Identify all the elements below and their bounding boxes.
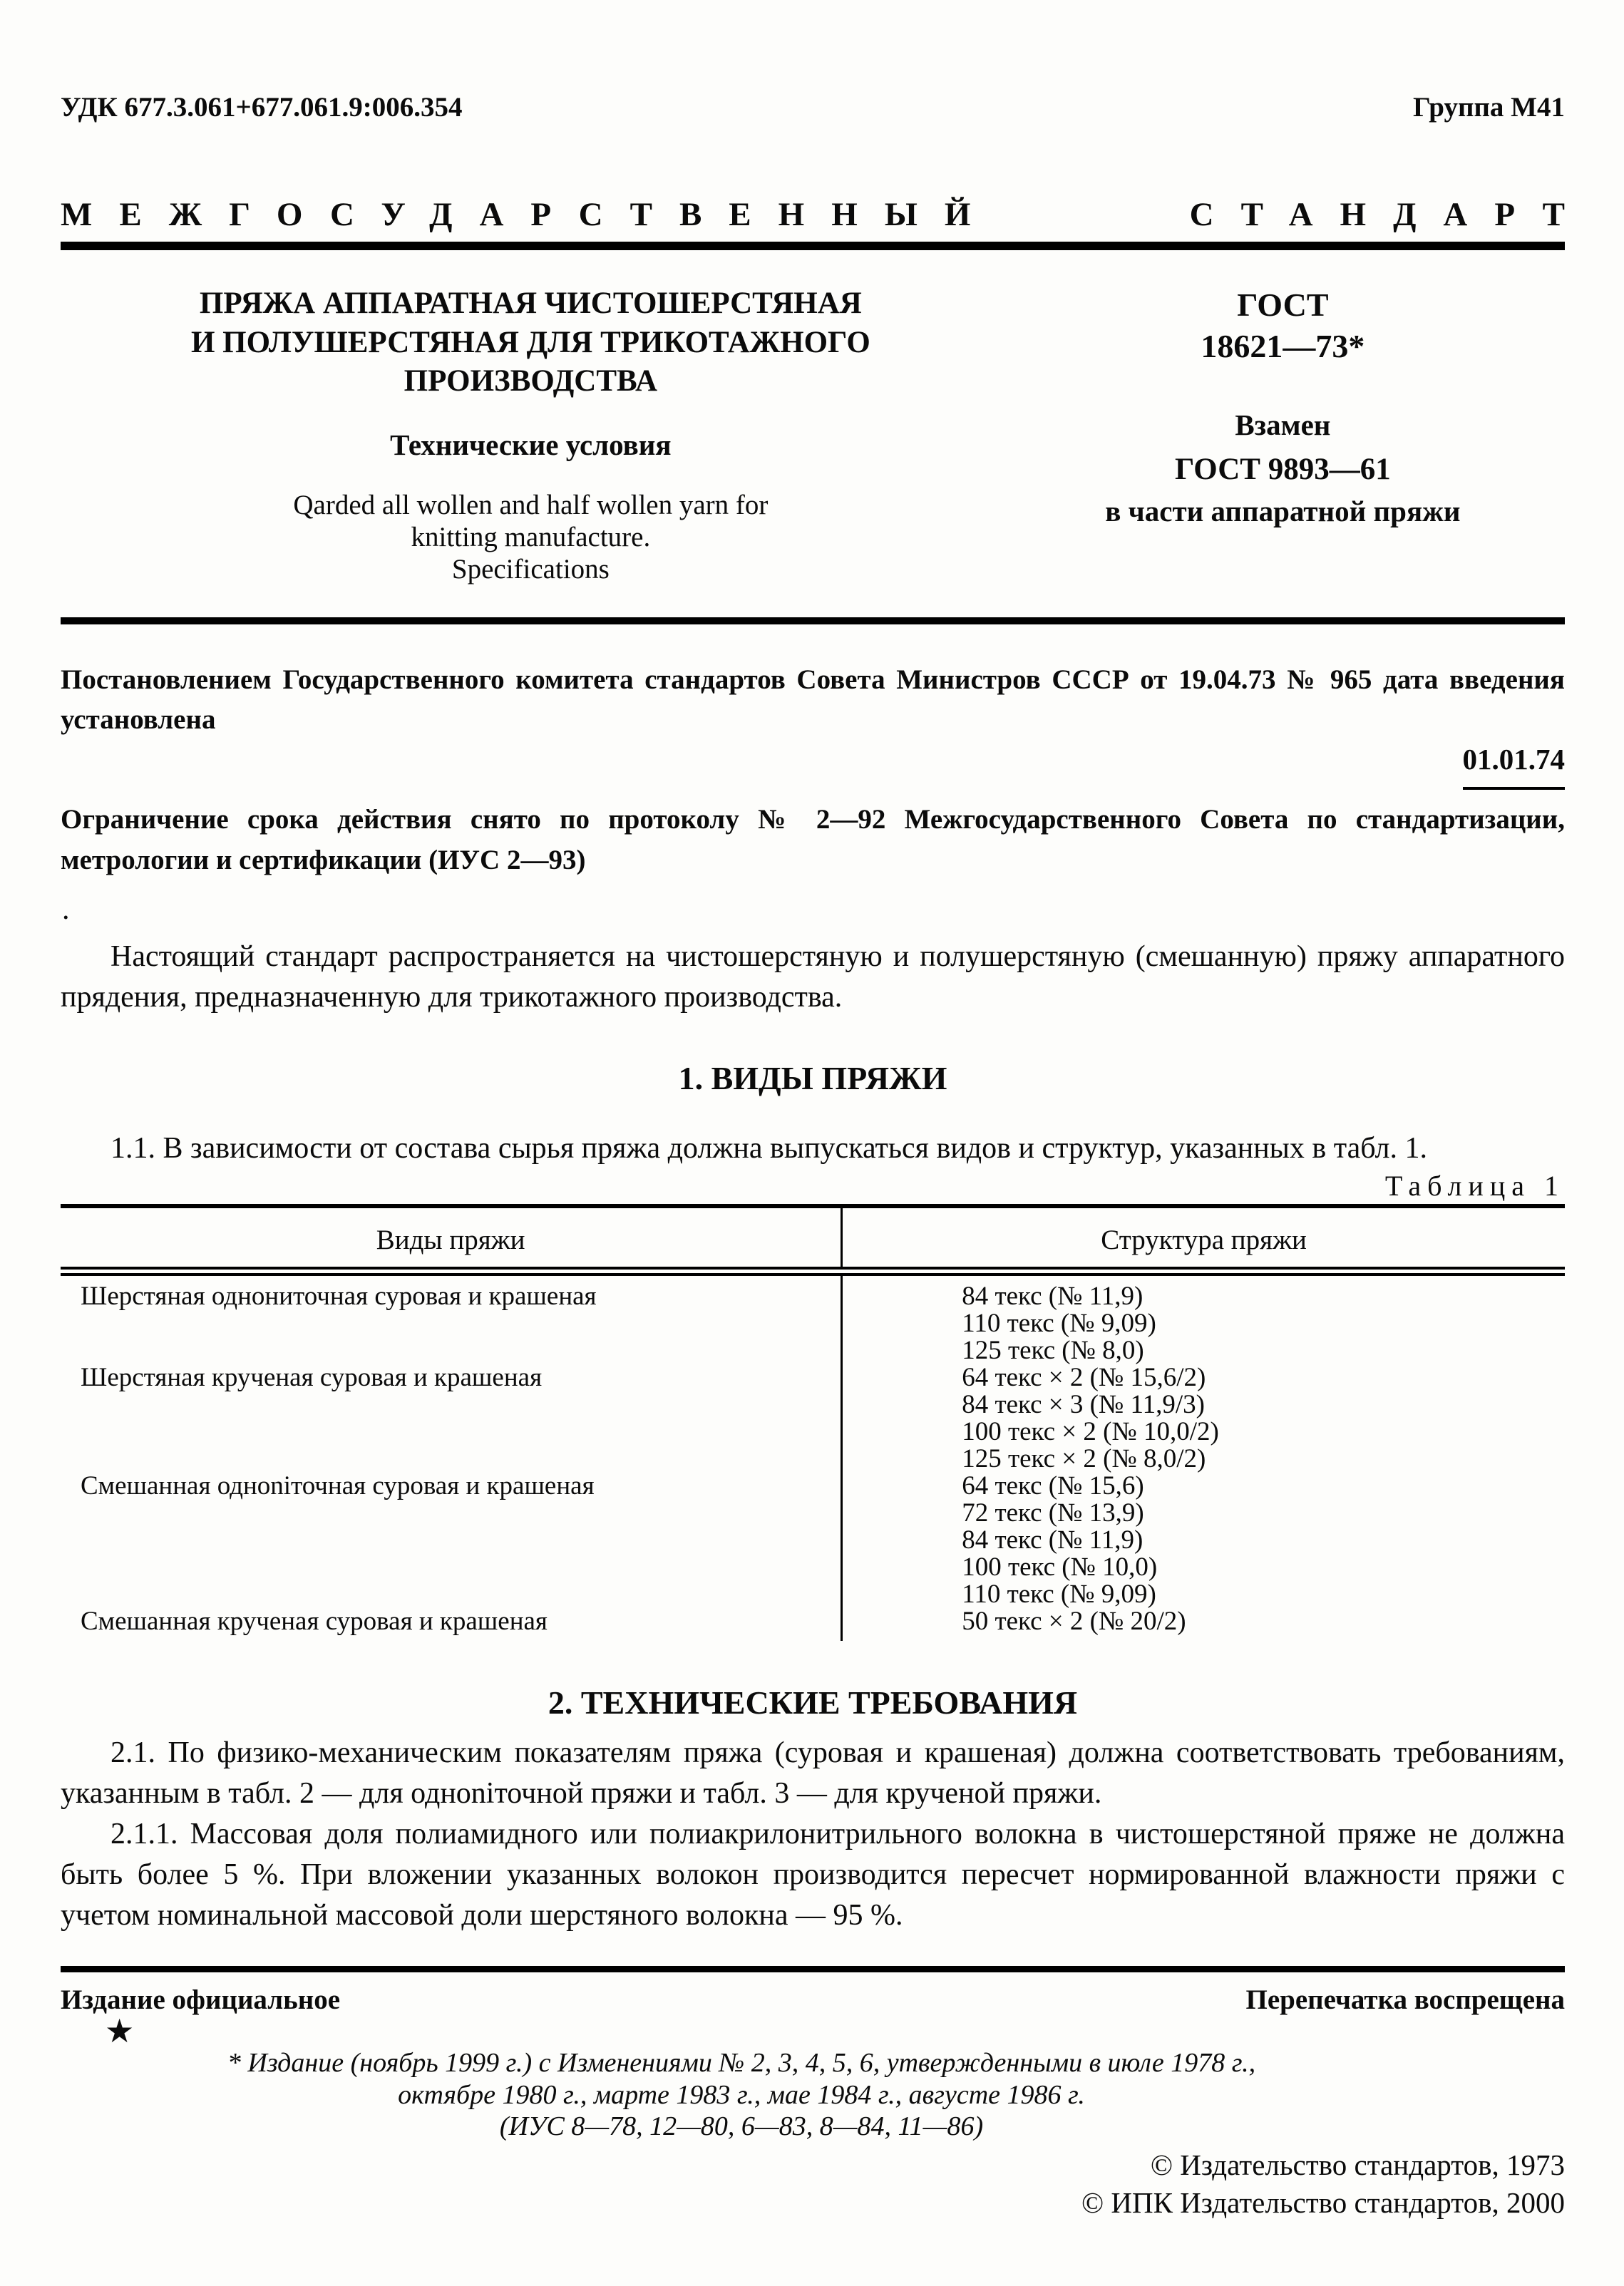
structure-line: 84 текс × 3 (№ 11,9/3) (962, 1391, 1565, 1419)
yarn-structure-cell: 50 текс × 2 (№ 20/2) (843, 1608, 1565, 1641)
yarn-type-cell: Смешанная крученая суровая и крашеная (61, 1608, 843, 1641)
standard-type-word-1: МЕЖГОСУДАРСТВЕННЫЙ (61, 195, 997, 235)
scope-paragraph: Настоящий стандарт распространяется на ч… (61, 937, 1565, 1018)
udk-code: УДК 677.3.061+677.061.9:006.354 (61, 91, 463, 123)
clause-2-1-1-paragraph: 2.1.1. Массовая доля полиамидного или по… (61, 1814, 1565, 1936)
table-row: Шерстяная крученая суровая и крашеная 64… (61, 1364, 1565, 1473)
table-1-col2-header: Структура пряжи (843, 1208, 1565, 1267)
structure-line: 100 текс × 2 (№ 10,0/2) (962, 1419, 1565, 1446)
table-1-header-row: Виды пряжи Структура пряжи (61, 1208, 1565, 1276)
section-2-heading: 2. ТЕХНИЧЕСКИЕ ТРЕБОВАНИЯ (61, 1684, 1565, 1721)
document-title-line-3: ПРОИЗВОДСТВА (61, 362, 1001, 401)
group-code: Группа М41 (1413, 91, 1565, 123)
yarn-structure-cell: 84 текс (№ 11,9) 110 текс (№ 9,09) 125 т… (843, 1276, 1565, 1364)
document-subtitle: Технические условия (61, 428, 1001, 462)
structure-line: 110 текс (№ 9,09) (962, 1310, 1565, 1337)
stray-scan-mark: . (62, 892, 70, 927)
yarn-type-cell: Шерстяная однониточная суровая и крашена… (61, 1276, 843, 1364)
replaced-standard: ГОСТ 9893—61 (1001, 452, 1565, 487)
table-row: Смешанная крученая суровая и крашеная 50… (61, 1608, 1565, 1641)
english-title-line-1: Qarded all wollen and half wollen yarn f… (61, 489, 1001, 521)
table-1-col1-header: Виды пряжи (61, 1208, 843, 1267)
validity-restriction-paragraph: Ограничение срока действия снято по прот… (61, 800, 1565, 881)
structure-line: 84 текс (№ 11,9) (962, 1527, 1565, 1554)
structure-line: 84 текс (№ 11,9) (962, 1283, 1565, 1310)
replaced-standard-scope: в части аппаратной пряжи (1001, 494, 1565, 528)
replaces-label: Взамен (1001, 408, 1565, 442)
table-1-label: Таблица 1 (61, 1169, 1565, 1203)
document-page: УДК 677.3.061+677.061.9:006.354 Группа М… (0, 0, 1624, 2286)
title-block: ПРЯЖА АППАРАТНАЯ ЧИСТОШЕРСТЯНАЯ И ПОЛУШЕ… (61, 284, 1565, 585)
clause-1-1-paragraph: 1.1. В зависимости от состава сырья пряж… (61, 1128, 1565, 1169)
gost-designation: ГОСТ 18621—73* (1001, 284, 1565, 366)
yarn-structure-cell: 64 текс (№ 15,6) 72 текс (№ 13,9) 84 тек… (843, 1473, 1565, 1608)
structure-line: 110 текс (№ 9,09) (962, 1581, 1565, 1608)
document-title-line-1: ПРЯЖА АППАРАТНАЯ ЧИСТОШЕРСТЯНАЯ (61, 284, 1001, 323)
effective-date: 01.01.74 (1463, 742, 1566, 790)
standard-type-heading: МЕЖГОСУДАРСТВЕННЫЙ СТАНДАРТ (61, 195, 1565, 235)
table-1: Виды пряжи Структура пряжи Шерстяная одн… (61, 1204, 1565, 1641)
standard-type-word-2: СТАНДАРТ (1190, 195, 1592, 235)
yarn-structure-cell: 64 текс × 2 (№ 15,6/2) 84 текс × 3 (№ 11… (843, 1364, 1565, 1473)
official-edition-label: Издание официальное (61, 1984, 340, 2016)
reprint-forbidden-label: Перепечатка воспрещена (1245, 1984, 1565, 2016)
document-title-line-2: И ПОЛУШЕРСТЯНАЯ ДЛЯ ТРИКОТАЖНОГО (61, 324, 1001, 362)
yarn-type-cell: Шерстяная крученая суровая и крашеная (61, 1364, 843, 1473)
structure-line: 72 текс (№ 13,9) (962, 1500, 1565, 1527)
star-icon: ★ (105, 2017, 1565, 2046)
structure-line: 125 текс (№ 8,0) (962, 1337, 1565, 1364)
structure-line: 64 текс (№ 15,6) (962, 1473, 1565, 1500)
table-row: Смешанная одноniточная суровая и крашена… (61, 1473, 1565, 1608)
section-1-heading: 1. ВИДЫ ПРЯЖИ (61, 1059, 1565, 1097)
copyright-2000: © ИПК Издательство стандартов, 2000 (61, 2184, 1565, 2222)
title-left-column: ПРЯЖА АППАРАТНАЯ ЧИСТОШЕРСТЯНАЯ И ПОЛУШЕ… (61, 284, 1001, 585)
gost-number: 18621—73* (1001, 326, 1565, 367)
horizontal-rule-top (61, 242, 1565, 250)
yarn-type-cell: Смешанная одноniточная суровая и крашена… (61, 1473, 843, 1608)
footer-status-row: Издание официальное Перепечатка воспреще… (61, 1984, 1565, 2016)
table-1-body: Шерстяная однониточная суровая и крашена… (61, 1276, 1565, 1641)
english-title: Qarded all wollen and half wollen yarn f… (61, 489, 1001, 586)
edition-footnote-line-1: * Издание (ноябрь 1999 г.) с Изменениями… (61, 2047, 1422, 2079)
document-title: ПРЯЖА АППАРАТНАЯ ЧИСТОШЕРСТЯНАЯ И ПОЛУШЕ… (61, 284, 1001, 401)
structure-line: 50 текс × 2 (№ 20/2) (962, 1608, 1565, 1635)
horizontal-rule-footer (61, 1966, 1565, 1972)
effective-date-row: 01.01.74 (61, 742, 1565, 790)
structure-line: 125 текс × 2 (№ 8,0/2) (962, 1446, 1565, 1473)
copyright-1973: © Издательство стандартов, 1973 (61, 2146, 1565, 2184)
structure-line: 100 текс (№ 10,0) (962, 1554, 1565, 1581)
english-title-line-2: knitting manufacture. (61, 521, 1001, 553)
decree-paragraph: Постановлением Государственного комитета… (61, 660, 1565, 741)
clause-2-1-paragraph: 2.1. По физико-механическим показателям … (61, 1733, 1565, 1814)
edition-footnote: * Издание (ноябрь 1999 г.) с Изменениями… (61, 2047, 1422, 2141)
structure-line: 64 текс × 2 (№ 15,6/2) (962, 1364, 1565, 1391)
top-classification-row: УДК 677.3.061+677.061.9:006.354 Группа М… (61, 91, 1565, 123)
horizontal-rule-title-bottom (61, 617, 1565, 624)
gost-label: ГОСТ (1001, 284, 1565, 326)
edition-footnote-line-2: октябре 1980 г., марте 1983 г., мае 1984… (61, 2079, 1422, 2111)
english-title-line-3: Specifications (61, 553, 1001, 585)
edition-footnote-line-3: (ИУС 8—78, 12—80, 6—83, 8—84, 11—86) (61, 2111, 1422, 2142)
table-row: Шерстяная однониточная суровая и крашена… (61, 1276, 1565, 1364)
copyright-block: © Издательство стандартов, 1973 © ИПК Из… (61, 2146, 1565, 2223)
title-right-column: ГОСТ 18621—73* Взамен ГОСТ 9893—61 в час… (1001, 284, 1565, 585)
